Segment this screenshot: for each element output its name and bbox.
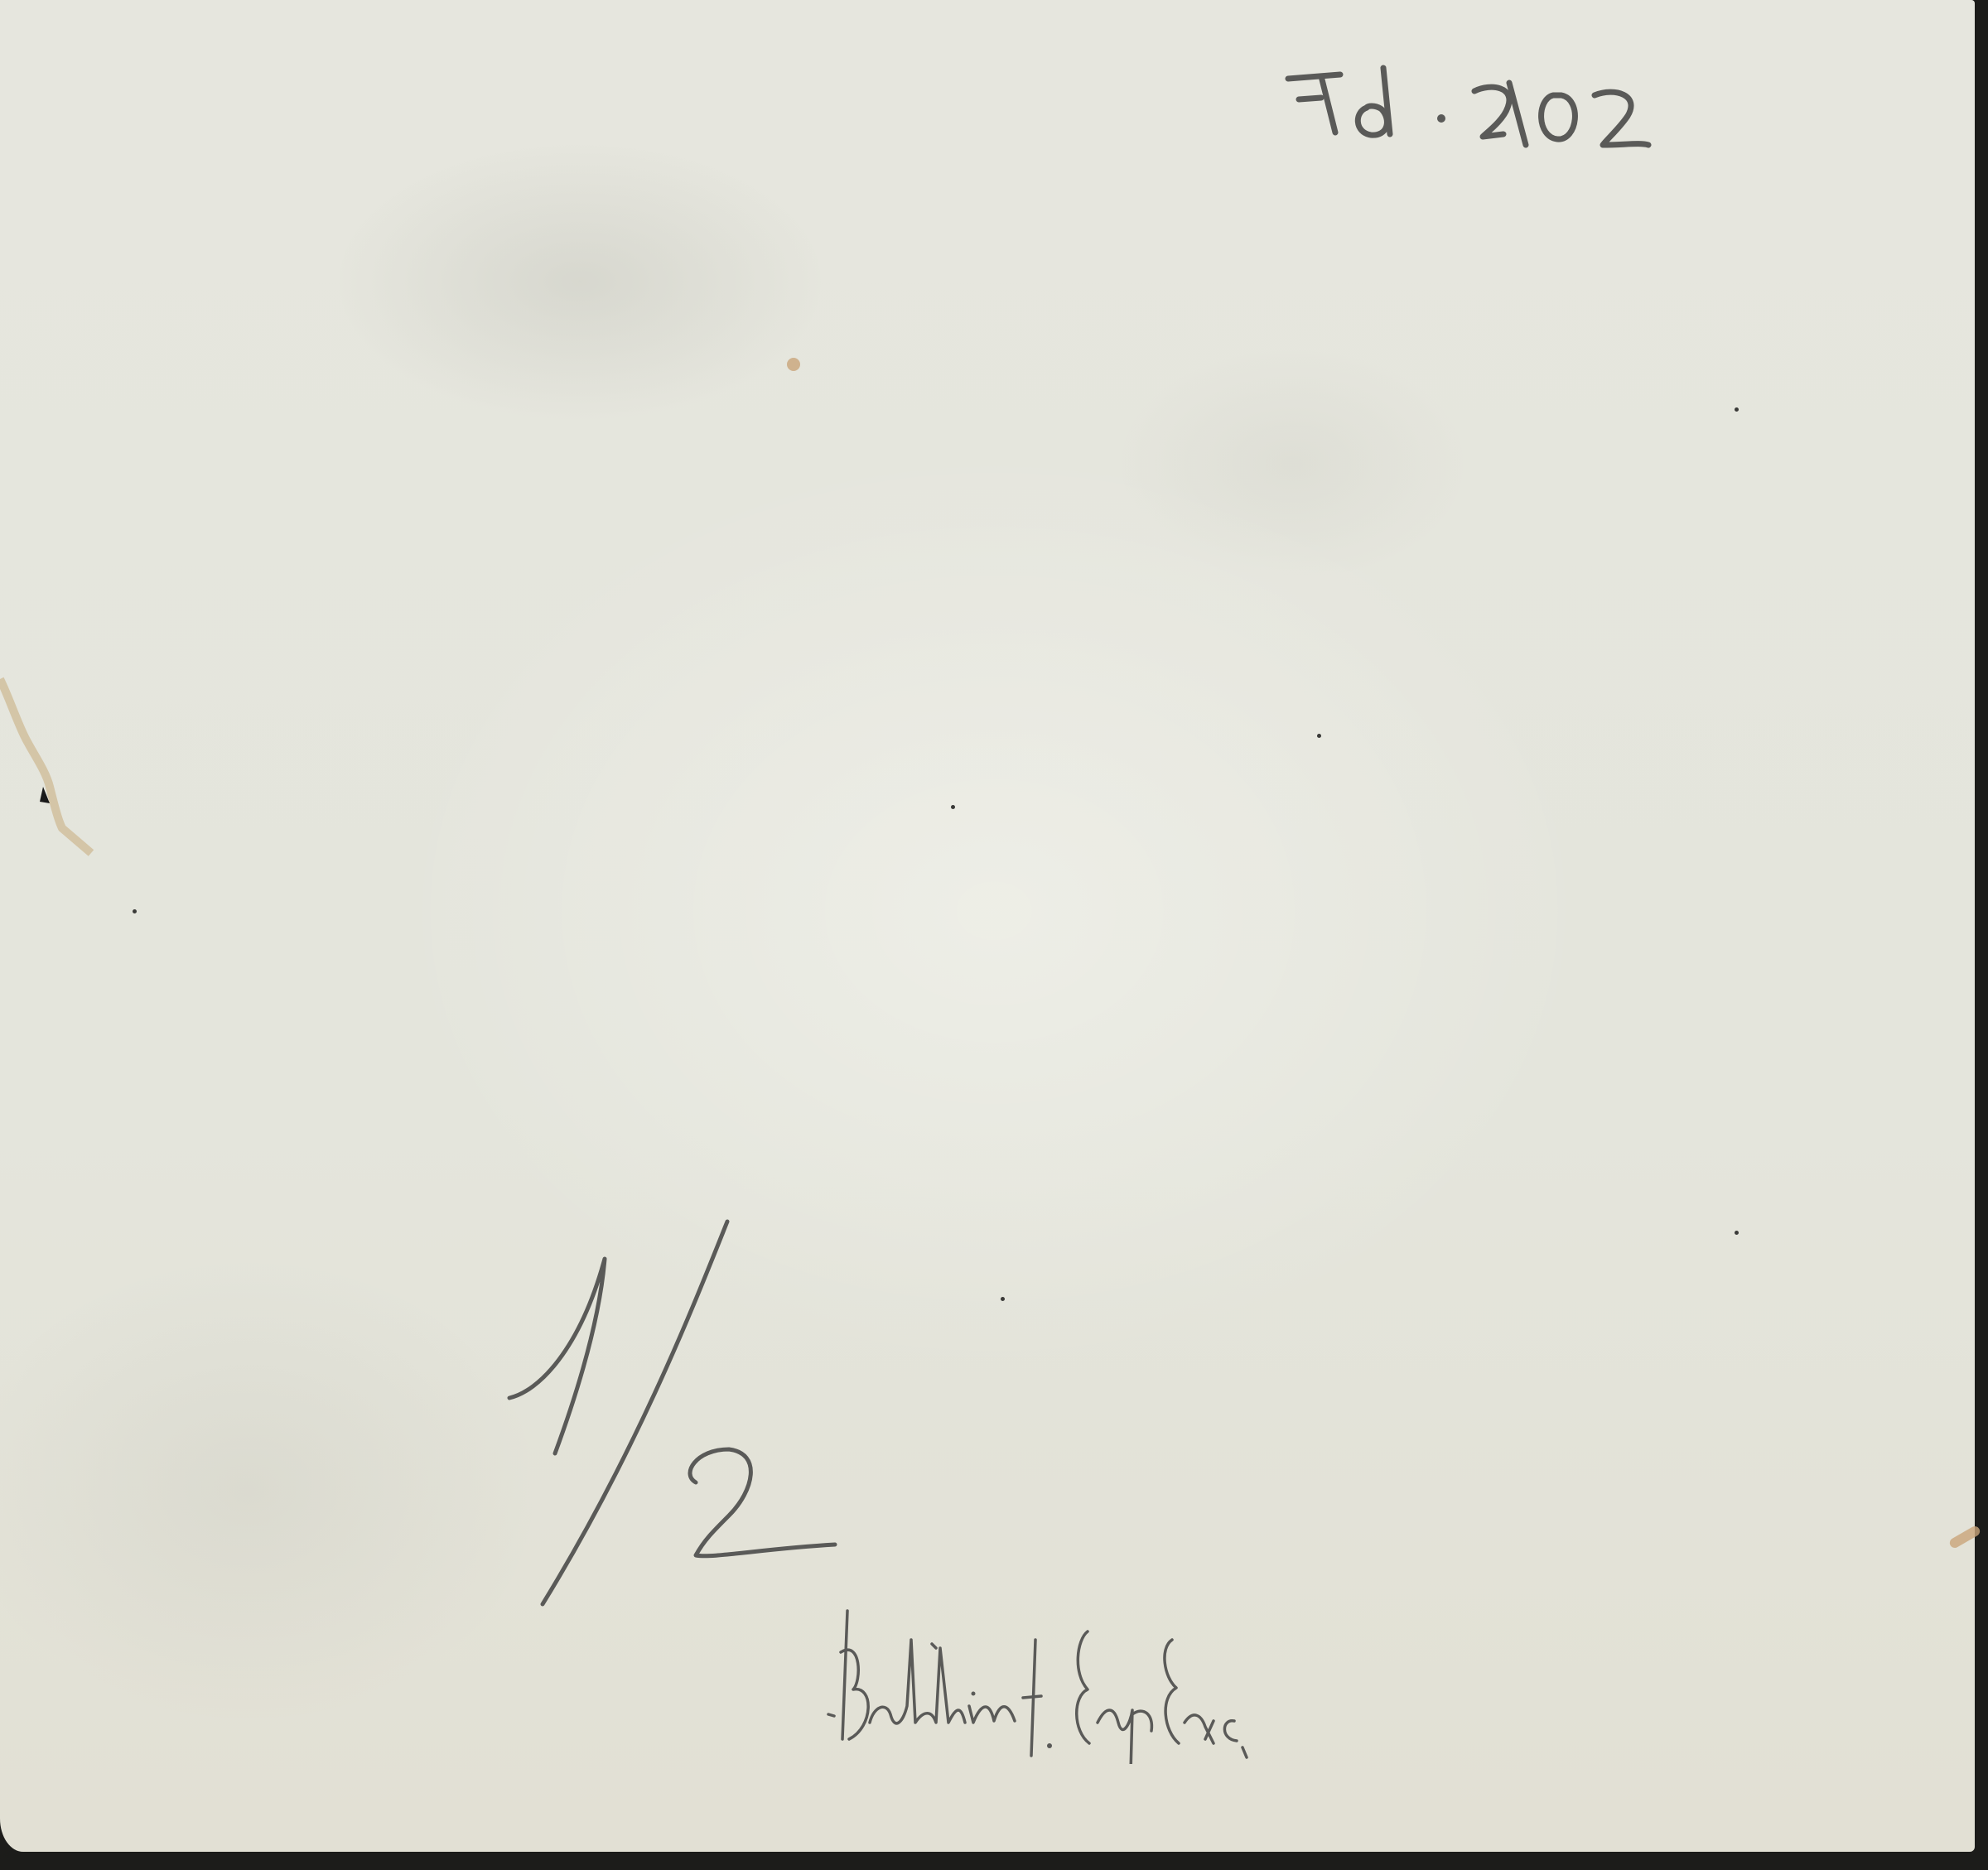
speck [1735,407,1739,412]
speck [1001,1297,1005,1301]
scanned-document: Fd · 2102 1 [0,0,1988,1870]
speck [951,805,955,809]
caption-handwriting [824,1598,1951,1764]
fraction-annotation: 1/2 [489,1201,845,1615]
catalog-number: Fd · 2102 [1276,50,1673,157]
caption-annotation: Boletin S. Exp Exc. [824,1598,1951,1764]
stain-spot [787,358,800,371]
speck [1317,734,1321,738]
stain-streak [1948,1525,1982,1549]
speck [133,909,137,913]
catalog-number-handwriting [1276,50,1673,157]
fraction-handwriting [489,1201,845,1615]
torn-edge-mark [0,663,116,861]
speck [1735,1231,1739,1235]
paper-card: Fd · 2102 1 [0,0,1975,1852]
